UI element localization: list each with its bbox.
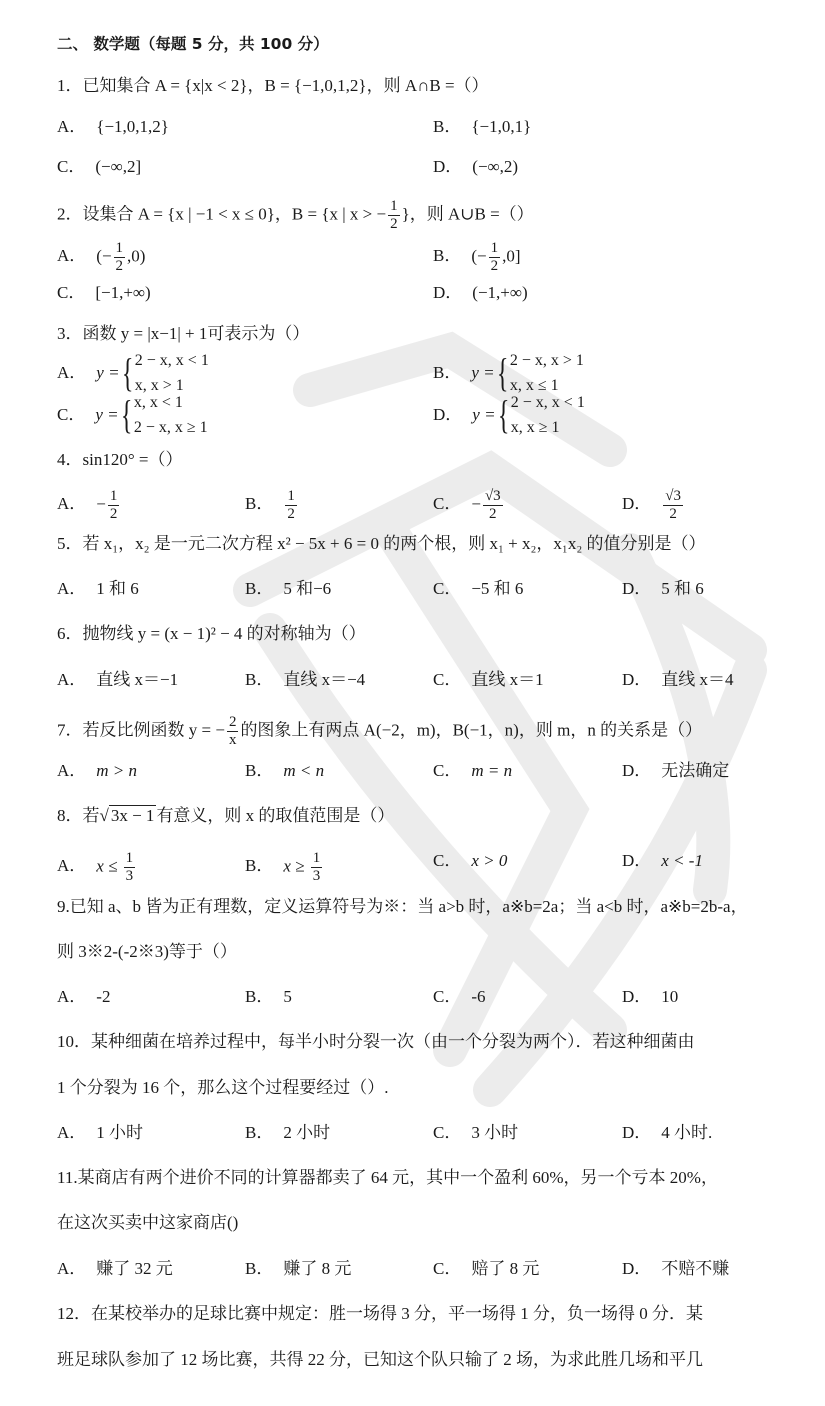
q7-option-c[interactable]: C．m = n [433, 760, 512, 782]
q11-option-d[interactable]: D．不赔不赚 [622, 1258, 729, 1280]
q9-option-c[interactable]: C．-6 [433, 986, 486, 1008]
section-heading: 二、 数学题（每题 5 分，共 100 分） [57, 33, 329, 55]
q5-option-a[interactable]: A．1 和 6 [57, 578, 139, 600]
question-11-cont: 在这次买卖中这家商店() [57, 1212, 238, 1234]
q1-option-b[interactable]: B．{−1,0,1} [433, 116, 531, 138]
q9-option-a[interactable]: A．-2 [57, 986, 110, 1008]
fraction: 12 [388, 198, 400, 233]
q1-option-a[interactable]: A．{−1,0,1,2} [57, 116, 169, 138]
q10-option-c[interactable]: C．3 小时 [433, 1122, 518, 1144]
q1-option-c[interactable]: C．(−∞,2] [57, 156, 141, 178]
question-10-cont: 1 个分裂为 16 个，那么这个过程要经过（）. [57, 1077, 389, 1099]
q7-option-b[interactable]: B．m < n [245, 760, 324, 782]
question-8: 8．若√3x − 1有意义，则 x 的取值范围是（） [57, 805, 394, 827]
q10-option-d[interactable]: D．4 小时. [622, 1122, 712, 1144]
q10-option-b[interactable]: B．2 小时 [245, 1122, 330, 1144]
exam-page: 二、 数学题（每题 5 分，共 100 分） 1．已知集合 A = {x|x <… [0, 0, 825, 1406]
q4-option-d[interactable]: D．√32 [622, 488, 685, 523]
square-root: 3x − 1 [109, 805, 157, 825]
q11-option-a[interactable]: A．赚了 32 元 [57, 1258, 173, 1280]
q2-option-a[interactable]: A．(−12,0) [57, 240, 145, 275]
q8-option-c[interactable]: C．x > 0 [433, 850, 507, 872]
question-10: 10．某种细菌在培养过程中，每半小时分裂一次（由一个分裂为两个）．若这种细菌由 [57, 1031, 695, 1053]
q6-option-b[interactable]: B．直线 x＝−4 [245, 669, 365, 691]
q3-option-c[interactable]: C．y ={x, x < 12 − x, x ≥ 1 [57, 394, 208, 436]
q3-option-d[interactable]: D．y ={2 − x, x < 1x, x ≥ 1 [433, 394, 585, 436]
q3-option-a[interactable]: A．y ={2 − x, x < 1x, x > 1 [57, 352, 209, 394]
q4-option-c[interactable]: C．−√32 [433, 488, 505, 523]
q3-option-b[interactable]: B．y ={2 − x, x > 1x, x ≤ 1 [433, 352, 584, 394]
q2-option-d[interactable]: D．(−1,+∞) [433, 282, 528, 304]
q2-option-b[interactable]: B．(−12,0] [433, 240, 521, 275]
question-6: 6．抛物线 y = (x − 1)² − 4 的对称轴为（） [57, 623, 366, 645]
q5-option-d[interactable]: D．5 和 6 [622, 578, 704, 600]
question-12-cont: 班足球队参加了 12 场比赛，共得 22 分，已知这个队只输了 2 场，为求此胜… [57, 1349, 703, 1371]
q8-option-d[interactable]: D．x < -1 [622, 850, 703, 872]
question-5: 5．若 x₁，x₂ 是一元二次方程 x² − 5x + 6 = 0 的两个根，则… [57, 533, 706, 555]
q8-option-b[interactable]: B．x ≥ 13 [245, 850, 324, 885]
q6-option-a[interactable]: A．直线 x＝−1 [57, 669, 178, 691]
q10-option-a[interactable]: A．1 小时 [57, 1122, 143, 1144]
q11-option-c[interactable]: C．赔了 8 元 [433, 1258, 539, 1280]
q9-option-b[interactable]: B．5 [245, 986, 292, 1008]
question-7: 7．若反比例函数 y = −2x的图象上有两点 A(−2，m)，B(−1，n)，… [57, 714, 702, 749]
q7-option-a[interactable]: A．m > n [57, 760, 137, 782]
question-3: 3．函数 y = |x−1| + 1可表示为（） [57, 323, 309, 345]
question-2: 2．设集合 A = {x | −1 < x ≤ 0}，B = {x | x > … [57, 198, 534, 233]
q9-option-d[interactable]: D．10 [622, 986, 678, 1008]
question-12: 12．在某校举办的足球比赛中规定：胜一场得 3 分，平一场得 1 分，负一场得 … [57, 1303, 703, 1325]
q4-option-a[interactable]: A．−12 [57, 488, 121, 523]
q1-option-d[interactable]: D．(−∞,2) [433, 156, 518, 178]
question-9-cont: 则 3※2-(-2※3)等于（） [57, 941, 237, 963]
question-9: 9.已知 a、b 皆为正有理数，定义运算符号为※：当 a>b 时，a※b=2a；… [57, 896, 748, 918]
question-4: 4．sin120° =（） [57, 449, 182, 471]
question-11: 11.某商店有两个进价不同的计算器都卖了 64 元，其中一个盈利 60%，另一个… [57, 1167, 718, 1189]
q5-option-b[interactable]: B．5 和−6 [245, 578, 331, 600]
q5-option-c[interactable]: C．−5 和 6 [433, 578, 523, 600]
q7-option-d[interactable]: D．无法确定 [622, 760, 729, 782]
question-1: 1．已知集合 A = {x|x < 2}，B = {−1,0,1,2}，则 A∩… [57, 75, 489, 97]
q6-option-c[interactable]: C．直线 x＝1 [433, 669, 544, 691]
q6-option-d[interactable]: D．直线 x＝4 [622, 669, 734, 691]
q11-option-b[interactable]: B．赚了 8 元 [245, 1258, 351, 1280]
q8-option-a[interactable]: A．x ≤ 13 [57, 850, 137, 885]
q2-option-c[interactable]: C．[−1,+∞) [57, 282, 151, 304]
q4-option-b[interactable]: B．12 [245, 488, 299, 523]
